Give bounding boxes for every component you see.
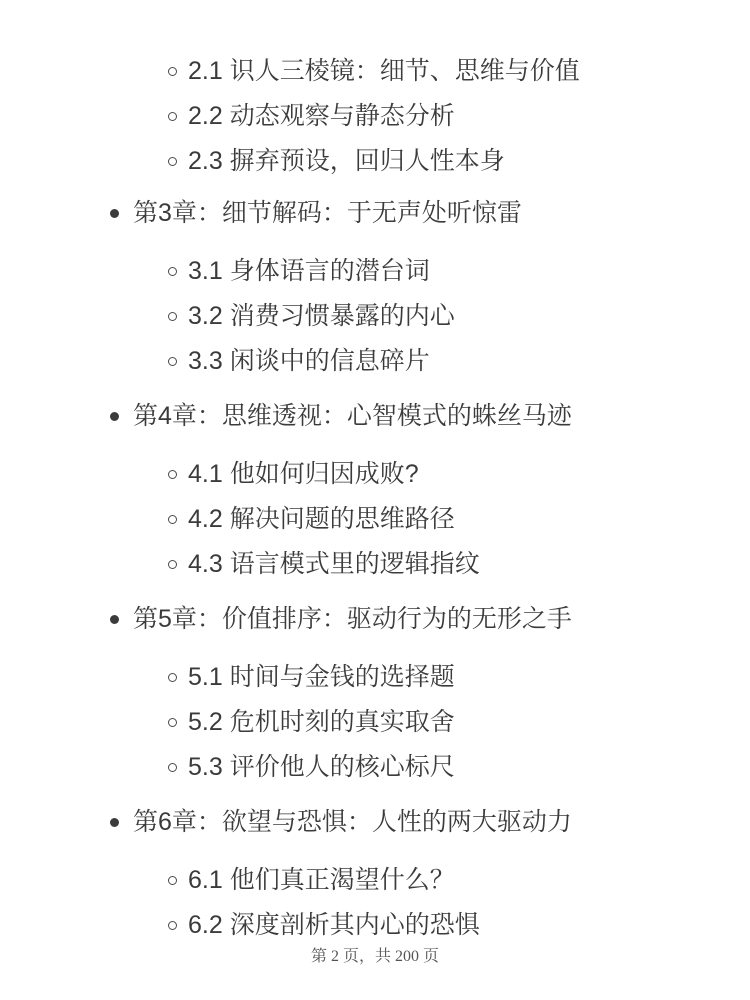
toc-sub-item: 3.1 身体语言的潜台词	[0, 249, 750, 294]
toc-section-items: 2.1 识人三棱镜：细节、思维与价值2.2 动态观察与静态分析2.3 摒弃预设，…	[0, 49, 750, 184]
toc-section-items: 6.1 他们真正渴望什么？6.2 深度剖析其内心的恐惧	[0, 858, 750, 948]
circle-bullet-icon	[168, 763, 177, 772]
toc-sub-item: 4.3 语言模式里的逻辑指纹	[0, 542, 750, 587]
toc-sub-item: 4.1 他如何归因成败?	[0, 452, 750, 497]
circle-bullet-icon	[168, 357, 177, 366]
toc-chapter-item: 第5章：价值排序：驱动行为的无形之手	[0, 597, 750, 642]
toc-sub-item-label: 3.1 身体语言的潜台词	[188, 249, 430, 294]
circle-bullet-icon	[168, 112, 177, 121]
toc-chapter-title: 第3章：细节解码：于无声处听惊雷	[133, 191, 522, 236]
toc-sub-item: 2.2 动态观察与静态分析	[0, 94, 750, 139]
toc-sub-item: 3.3 闲谈中的信息碎片	[0, 339, 750, 384]
toc-sub-item: 5.2 危机时刻的真实取舍	[0, 700, 750, 745]
disc-bullet-icon	[110, 818, 119, 827]
toc-sub-item: 6.2 深度剖析其内心的恐惧	[0, 903, 750, 948]
toc-sub-item: 5.1 时间与金钱的选择题	[0, 655, 750, 700]
circle-bullet-icon	[168, 267, 177, 276]
circle-bullet-icon	[168, 560, 177, 569]
toc-chapter-title: 第5章：价值排序：驱动行为的无形之手	[133, 597, 572, 642]
page-indicator: 第 2 页，共 200 页	[311, 948, 439, 965]
circle-bullet-icon	[168, 312, 177, 321]
table-of-contents: 2.1 识人三棱镜：细节、思维与价值2.2 动态观察与静态分析2.3 摒弃预设，…	[0, 0, 750, 948]
circle-bullet-icon	[168, 673, 177, 682]
toc-section: 第5章：价值排序：驱动行为的无形之手5.1 时间与金钱的选择题5.2 危机时刻的…	[0, 597, 750, 790]
toc-section-items: 3.1 身体语言的潜台词3.2 消费习惯暴露的内心3.3 闲谈中的信息碎片	[0, 249, 750, 384]
circle-bullet-icon	[168, 876, 177, 885]
toc-chapter-title: 第6章：欲望与恐惧：人性的两大驱动力	[133, 800, 572, 845]
toc-section-items: 5.1 时间与金钱的选择题5.2 危机时刻的真实取舍5.3 评价他人的核心标尺	[0, 655, 750, 790]
toc-sub-item: 2.1 识人三棱镜：细节、思维与价值	[0, 49, 750, 94]
toc-section: 第6章：欲望与恐惧：人性的两大驱动力6.1 他们真正渴望什么？6.2 深度剖析其…	[0, 800, 750, 948]
toc-chapter-item: 第3章：细节解码：于无声处听惊雷	[0, 191, 750, 236]
toc-sub-item-label: 4.2 解决问题的思维路径	[188, 497, 455, 542]
toc-sub-item-label: 4.3 语言模式里的逻辑指纹	[188, 542, 480, 587]
toc-sub-item: 5.3 评价他人的核心标尺	[0, 745, 750, 790]
toc-section: 2.1 识人三棱镜：细节、思维与价值2.2 动态观察与静态分析2.3 摒弃预设，…	[0, 49, 750, 184]
circle-bullet-icon	[168, 157, 177, 166]
toc-sub-item-label: 3.2 消费习惯暴露的内心	[188, 294, 455, 339]
toc-chapter-item: 第4章：思维透视：心智模式的蛛丝马迹	[0, 394, 750, 439]
toc-section: 第4章：思维透视：心智模式的蛛丝马迹4.1 他如何归因成败?4.2 解决问题的思…	[0, 394, 750, 587]
toc-chapter-item: 第6章：欲望与恐惧：人性的两大驱动力	[0, 800, 750, 845]
toc-sub-item-label: 2.3 摒弃预设，回归人性本身	[188, 139, 505, 184]
disc-bullet-icon	[110, 209, 119, 218]
circle-bullet-icon	[168, 515, 177, 524]
toc-section-items: 4.1 他如何归因成败?4.2 解决问题的思维路径4.3 语言模式里的逻辑指纹	[0, 452, 750, 587]
circle-bullet-icon	[168, 470, 177, 479]
toc-sub-item: 2.3 摒弃预设，回归人性本身	[0, 139, 750, 184]
toc-sub-item-label: 3.3 闲谈中的信息碎片	[188, 339, 430, 384]
toc-sub-item-label: 2.2 动态观察与静态分析	[188, 94, 455, 139]
disc-bullet-icon	[110, 615, 119, 624]
circle-bullet-icon	[168, 718, 177, 727]
toc-sub-item-label: 6.2 深度剖析其内心的恐惧	[188, 903, 480, 948]
circle-bullet-icon	[168, 921, 177, 930]
toc-sub-item-label: 6.1 他们真正渴望什么？	[188, 858, 455, 903]
toc-sub-item-label: 4.1 他如何归因成败?	[188, 452, 419, 497]
document-page: 2.1 识人三棱镜：细节、思维与价值2.2 动态观察与静态分析2.3 摒弃预设，…	[0, 0, 750, 1000]
toc-section: 第3章：细节解码：于无声处听惊雷3.1 身体语言的潜台词3.2 消费习惯暴露的内…	[0, 191, 750, 384]
toc-chapter-title: 第4章：思维透视：心智模式的蛛丝马迹	[133, 394, 572, 439]
toc-sub-item-label: 2.1 识人三棱镜：细节、思维与价值	[188, 49, 580, 94]
disc-bullet-icon	[110, 412, 119, 421]
toc-sub-item: 3.2 消费习惯暴露的内心	[0, 294, 750, 339]
toc-sub-item-label: 5.2 危机时刻的真实取舍	[188, 700, 455, 745]
circle-bullet-icon	[168, 67, 177, 76]
page-footer: 第 2 页，共 200 页	[0, 946, 750, 968]
toc-sub-item-label: 5.3 评价他人的核心标尺	[188, 745, 455, 790]
toc-sub-item-label: 5.1 时间与金钱的选择题	[188, 655, 455, 700]
toc-sub-item: 4.2 解决问题的思维路径	[0, 497, 750, 542]
toc-sub-item: 6.1 他们真正渴望什么？	[0, 858, 750, 903]
